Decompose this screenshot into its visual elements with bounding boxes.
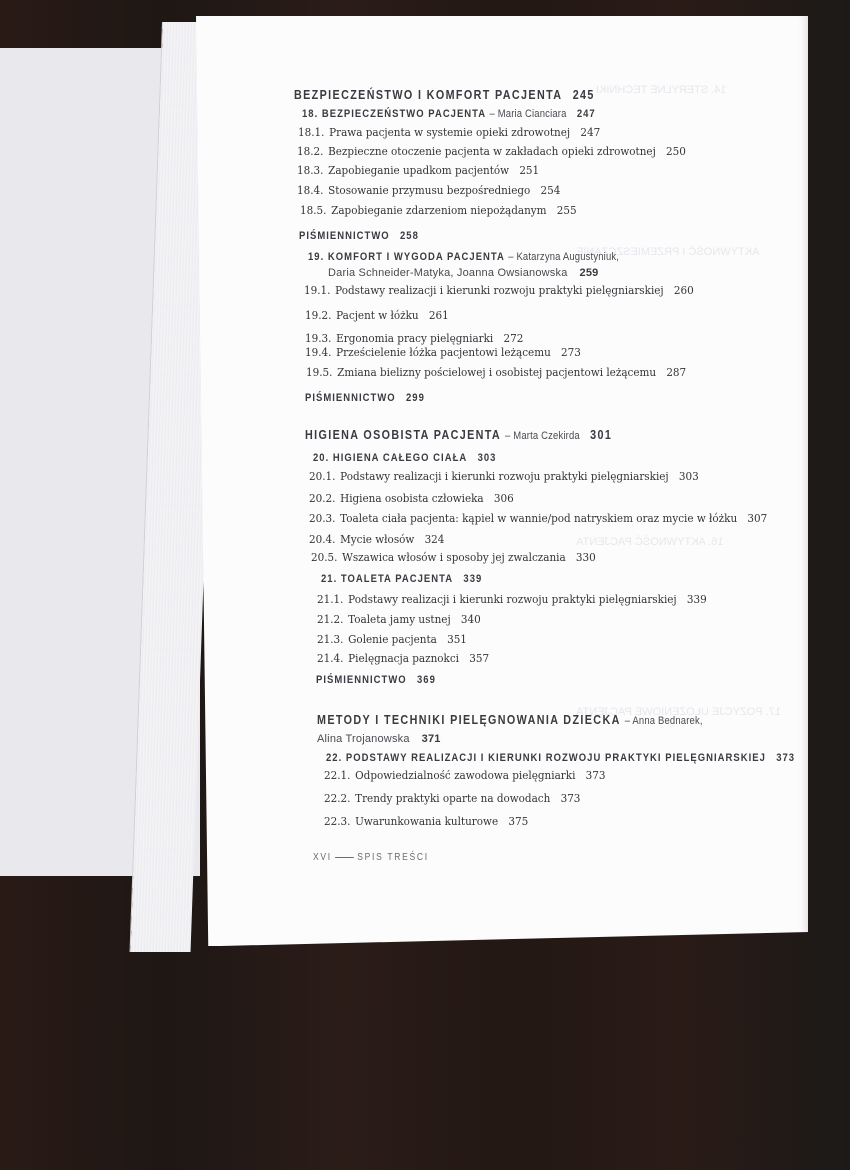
table-of-contents: BEZPIECZEŃSTWO I KOMFORT PACJENTA245 18.… — [0, 0, 850, 1170]
page-numeral: XVI — [313, 852, 332, 863]
section-entry: 21.4.Pielęgnacja paznokci357 — [317, 652, 489, 665]
section-entry: 19.5.Zmiana bielizny pościelowej i osobi… — [306, 366, 686, 379]
section-entry: 20.2.Higiena osobista człowieka306 — [309, 492, 514, 505]
section-entry: 22.2.Trendy praktyki oparte na dowodach3… — [324, 792, 580, 805]
chapter-author: Katarzyna Augustyniuk, — [516, 251, 619, 263]
chapter-title: 19. KOMFORT I WYGODA PACJENTA — [308, 251, 505, 263]
footer-dash — [335, 857, 354, 858]
page-number: 301 — [590, 428, 612, 442]
section-entry: 21.2.Toaleta jamy ustnej340 — [317, 613, 481, 626]
section-entry: 19.3.Ergonomia pracy pielęgniarki272 — [305, 332, 523, 345]
part-title: METODY I TECHNIKI PIELĘGNOWANIA DZIECKA — [317, 713, 620, 727]
chapter-heading: 22. PODSTAWY REALIZACJI I KIERUNKI ROZWO… — [326, 752, 795, 764]
section-entry: 20.4.Mycie włosów324 — [309, 533, 444, 546]
section-entry: 18.2.Bezpieczne otoczenie pacjenta w zak… — [297, 145, 686, 158]
chapter-author-continued: Daria Schneider-Matyka, Joanna Owsianows… — [328, 267, 598, 279]
page-number: 303 — [478, 452, 497, 464]
section-entry: 18.1.Prawa pacjenta w systemie opieki zd… — [298, 126, 600, 139]
section-entry: 18.4.Stosowanie przymusu bezpośredniego2… — [297, 184, 560, 197]
page-number: 371 — [422, 733, 441, 745]
chapter-title: 21. TOALETA PACJENTA — [321, 573, 453, 585]
section-entry: 22.1.Odpowiedzialność zawodowa pielęgnia… — [324, 769, 605, 782]
chapter-title: 22. PODSTAWY REALIZACJI I KIERUNKI ROZWO… — [326, 752, 766, 764]
page-number: 245 — [573, 88, 595, 102]
section-entry: 18.3.Zapobieganie upadkom pacjentów251 — [297, 164, 539, 177]
part-author-continued: Alina Trojanowska371 — [317, 733, 441, 745]
bibliography-entry: PIŚMIENNICTWO369 — [316, 674, 436, 686]
chapter-title: 20. HIGIENA CAŁEGO CIAŁA — [313, 452, 467, 464]
section-entry: 21.3.Golenie pacjenta351 — [317, 633, 467, 646]
bibliography-entry: PIŚMIENNICTWO299 — [305, 392, 425, 404]
page-number: 373 — [776, 752, 795, 764]
part-heading: HIGIENA OSOBISTA PACJENTA – Marta Czekir… — [305, 428, 612, 442]
part-author: Marta Czekirda — [513, 430, 580, 442]
section-entry: 20.1.Podstawy realizacji i kierunki rozw… — [309, 470, 699, 483]
chapter-heading: 21. TOALETA PACJENTA339 — [321, 573, 482, 585]
chapter-heading: 20. HIGIENA CAŁEGO CIAŁA303 — [313, 452, 496, 464]
page-number: 339 — [463, 573, 482, 585]
section-entry: 18.5.Zapobieganie zdarzeniom niepożądany… — [300, 204, 577, 217]
page-number: 259 — [580, 267, 599, 279]
part-heading: BEZPIECZEŃSTWO I KOMFORT PACJENTA245 — [294, 88, 595, 102]
page-number: 247 — [577, 108, 596, 120]
section-entry: 20.3.Toaleta ciała pacjenta: kąpiel w wa… — [309, 512, 767, 525]
part-title: BEZPIECZEŃSTWO I KOMFORT PACJENTA — [294, 88, 562, 102]
page-footer: XVISPIS TREŚCI — [313, 852, 429, 863]
chapter-title: 18. BEZPIECZEŃSTWO PACJENTA — [302, 108, 486, 120]
chapter-author: Maria Cianciara — [498, 108, 567, 120]
part-title: HIGIENA OSOBISTA PACJENTA — [305, 428, 501, 442]
section-entry: 22.3.Uwarunkowania kulturowe375 — [324, 815, 528, 828]
section-entry: 19.1.Podstawy realizacji i kierunki rozw… — [304, 284, 694, 297]
section-entry: 19.2.Pacjent w łóżku261 — [305, 309, 449, 322]
chapter-heading: 19. KOMFORT I WYGODA PACJENTA – Katarzyn… — [308, 251, 619, 263]
part-heading: METODY I TECHNIKI PIELĘGNOWANIA DZIECKA … — [317, 713, 703, 727]
part-author: Anna Bednarek, — [632, 715, 702, 727]
section-entry: 20.5.Wszawica włosów i sposoby jej zwalc… — [311, 551, 596, 564]
section-entry: 21.1.Podstawy realizacji i kierunki rozw… — [317, 593, 707, 606]
section-entry: 19.4.Prześcielenie łóżka pacjentowi leżą… — [305, 346, 581, 359]
running-head: SPIS TREŚCI — [357, 852, 428, 863]
chapter-heading: 18. BEZPIECZEŃSTWO PACJENTA – Maria Cian… — [302, 108, 596, 120]
bibliography-entry: PIŚMIENNICTWO258 — [299, 230, 419, 242]
